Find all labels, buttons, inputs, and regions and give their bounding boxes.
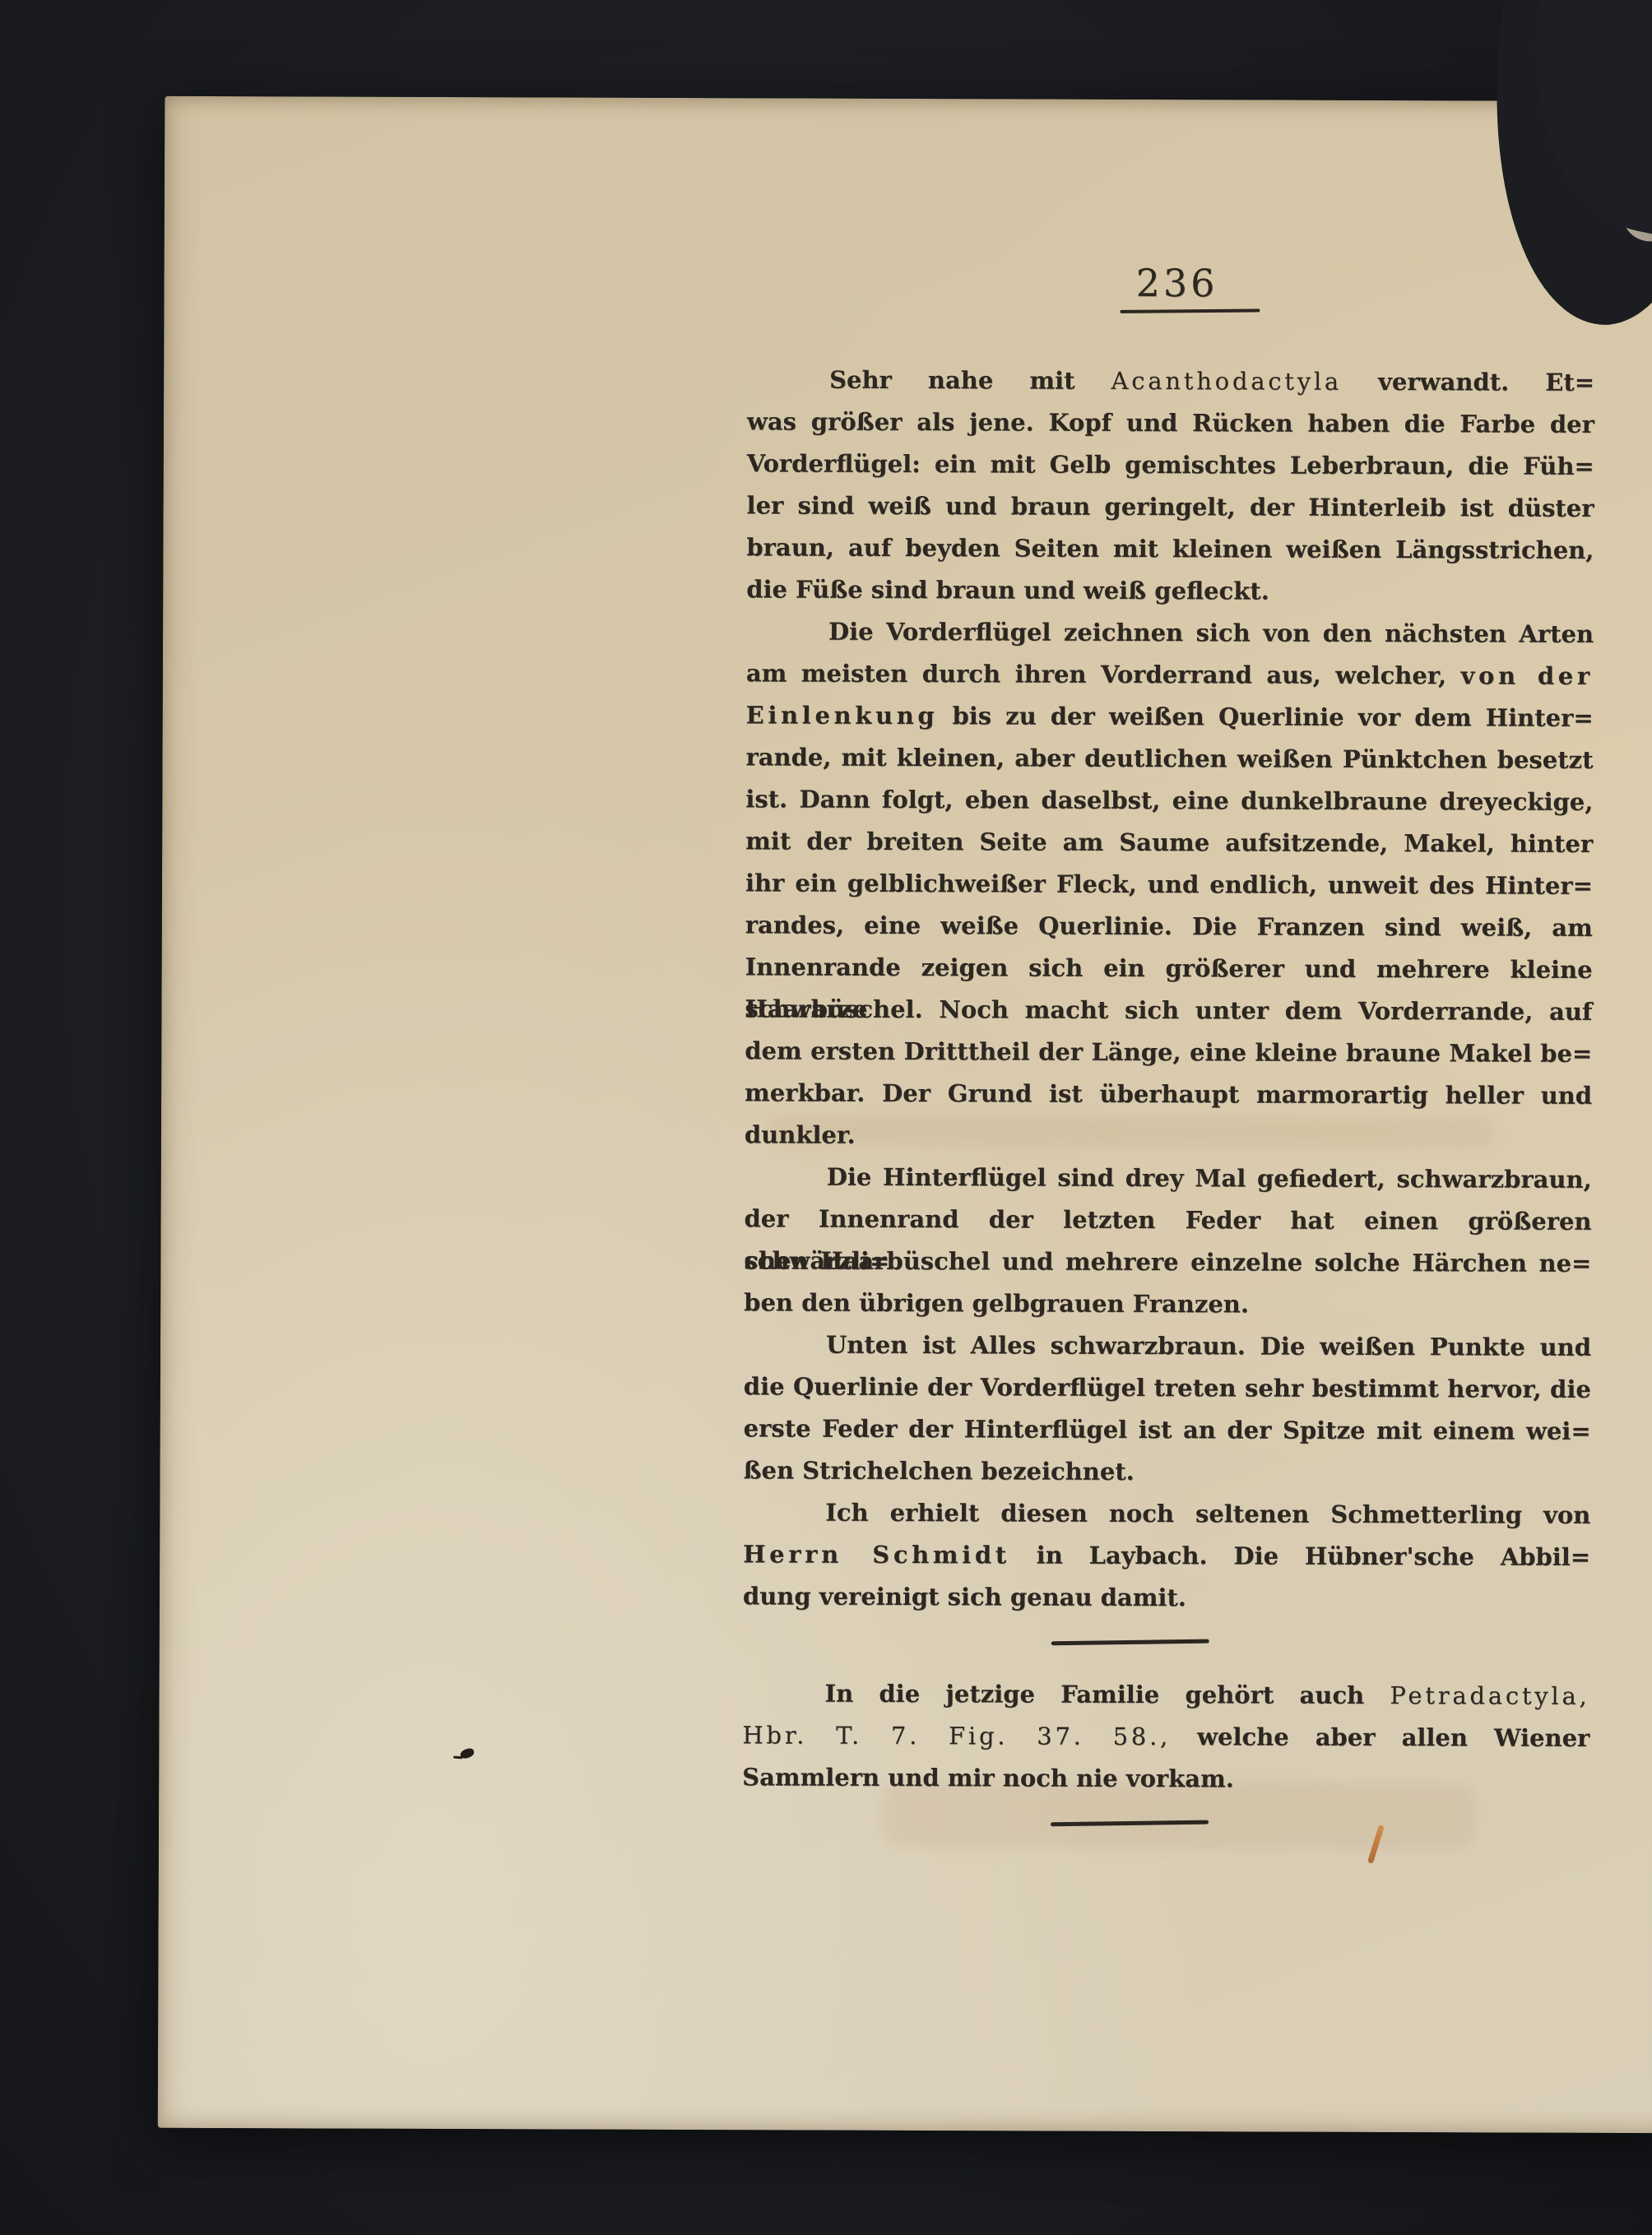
text-line: Herrn Schmidt in Laybach. Die Hübner'sch… bbox=[743, 1533, 1590, 1579]
text-segment: rande, mit kleinen, aber deutlichen weiß… bbox=[745, 743, 1593, 774]
text-segment: von der bbox=[1461, 661, 1594, 690]
text-segment: ler sind weiß und braun geringelt, der H… bbox=[747, 491, 1594, 522]
text-segment: In die jetzige Familie gehört auch bbox=[824, 1680, 1390, 1709]
text-line: ihr ein gelblichweißer Fleck, und endlic… bbox=[745, 862, 1593, 907]
text-segment: die Füße sind braun und weiß gefleckt. bbox=[746, 575, 1269, 605]
text-line: der Innenrand der letzten Feder hat eine… bbox=[744, 1198, 1591, 1243]
paragraph: In die jetzige Familie gehört auch Petra… bbox=[742, 1672, 1590, 1801]
text-line: Einlenkung bis zu der weißen Querlinie v… bbox=[746, 694, 1594, 740]
text-line: dung vereinigt sich genau damit. bbox=[743, 1575, 1590, 1621]
text-block: Sehr nahe mit Acanthodactyla verwandt. E… bbox=[742, 359, 1594, 1857]
text-segment: Die Hinterflügel sind drey Mal gefiedert… bbox=[827, 1163, 1592, 1194]
text-line: dunkler. bbox=[745, 1114, 1592, 1159]
text-line: mit der breiten Seite am Saume aufsitzen… bbox=[745, 820, 1593, 865]
scanned-book-photo: { "colors": { "background": "#1b1d21", "… bbox=[0, 0, 1652, 2235]
text-segment: braun, auf beyden Seiten mit kleinen wei… bbox=[746, 533, 1594, 564]
text-segment: dem ersten Dritttheil der Länge, eine kl… bbox=[745, 1036, 1592, 1068]
text-segment: randes, eine weiße Querlinie. Die Franze… bbox=[745, 911, 1593, 942]
page-number: 236 bbox=[1136, 264, 1218, 302]
text-line: Haarbüschel. Noch macht sich unter dem V… bbox=[745, 988, 1592, 1033]
text-line: Vorderflügel: ein mit Gelb gemischtes Le… bbox=[747, 443, 1594, 488]
text-segment: dung vereinigt sich genau damit. bbox=[743, 1582, 1186, 1611]
text-segment: ist. Dann folgt, eben daselbst, eine dun… bbox=[745, 785, 1593, 816]
text-line: erste Feder der Hinterflügel ist an der … bbox=[744, 1407, 1591, 1453]
text-segment: welche aber allen Wiener bbox=[1171, 1723, 1589, 1752]
text-line: rande, mit kleinen, aber deutlichen weiß… bbox=[745, 736, 1593, 781]
page-header: 236 bbox=[747, 262, 1594, 314]
text-segment: Einlenkung bbox=[746, 701, 939, 730]
separator-rule bbox=[1051, 1639, 1209, 1646]
text-segment: was größer als jene. Kopf und Rücken hab… bbox=[747, 407, 1594, 438]
text-line: die Querlinie der Vorderflügel treten se… bbox=[744, 1366, 1591, 1411]
text-line: Innenrande zeigen sich ein größerer und … bbox=[745, 946, 1593, 991]
text-line: ler sind weiß und braun geringelt, der H… bbox=[746, 485, 1594, 530]
text-segment: Herrn Schmidt bbox=[743, 1540, 1010, 1569]
paragraph: Sehr nahe mit Acanthodactyla verwandt. E… bbox=[746, 359, 1594, 614]
text-line: Ich erhielt diesen noch seltenen Schmett… bbox=[743, 1491, 1590, 1537]
text-segment: Petradactyla, bbox=[1390, 1681, 1589, 1710]
text-segment: bis zu der weißen Querlinie vor dem Hint… bbox=[938, 702, 1593, 732]
text-line: die Füße sind braun und weiß gefleckt. bbox=[746, 568, 1594, 614]
ink-blot bbox=[459, 1747, 475, 1760]
text-segment: verwandt. Et= bbox=[1342, 368, 1594, 396]
text-segment: mit der breiten Seite am Saume aufsitzen… bbox=[745, 827, 1593, 858]
text-line: Die Vorderflügel zeichnen sich von den n… bbox=[746, 610, 1594, 656]
text-line: Die Hinterflügel sind drey Mal gefiedert… bbox=[745, 1156, 1592, 1201]
text-line: In die jetzige Familie gehört auch Petra… bbox=[742, 1672, 1589, 1718]
text-line: ist. Dann folgt, eben daselbst, eine dun… bbox=[745, 778, 1593, 823]
text-segment: Haarbüschel. Noch macht sich unter dem V… bbox=[745, 995, 1592, 1026]
text-segment: merkbar. Der Grund ist überhaupt marmora… bbox=[745, 1078, 1592, 1110]
text-segment: Hbr. T. 7. Fig. 37. 58., bbox=[742, 1721, 1171, 1750]
text-line: was größer als jene. Kopf und Rücken hab… bbox=[747, 401, 1594, 446]
text-line: am meisten durch ihren Vorderrand aus, w… bbox=[746, 652, 1594, 698]
separator-rule bbox=[1051, 1820, 1209, 1827]
text-segment: chen Haarbüschel und mehrere einzelne so… bbox=[744, 1246, 1591, 1277]
text-line: braun, auf beyden Seiten mit kleinen wei… bbox=[746, 526, 1594, 572]
paragraph: Unten ist Alles schwarzbraun. Die weißen… bbox=[743, 1324, 1591, 1495]
text-line: randes, eine weiße Querlinie. Die Franze… bbox=[745, 904, 1593, 949]
paragraph: Ich erhielt diesen noch seltenen Schmett… bbox=[743, 1491, 1591, 1621]
text-segment: die Querlinie der Vorderflügel treten se… bbox=[744, 1372, 1591, 1403]
text-segment: dunkler. bbox=[745, 1120, 856, 1148]
text-segment: am meisten durch ihren Vorderrand aus, w… bbox=[746, 659, 1461, 689]
text-segment: Acanthodactyla bbox=[1111, 367, 1343, 396]
text-line: chen Haarbüschel und mehrere einzelne so… bbox=[744, 1240, 1591, 1285]
text-line: Hbr. T. 7. Fig. 37. 58., welche aber all… bbox=[742, 1714, 1589, 1760]
book-page: 236 Sehr nahe mit Acanthodactyla verwand… bbox=[158, 96, 1652, 2133]
text-segment: ßen Strichelchen bezeichnet. bbox=[743, 1456, 1134, 1486]
text-segment: Die Vorderflügel zeichnen sich von den n… bbox=[828, 618, 1594, 648]
text-segment: Sammlern und mir noch nie vorkam. bbox=[742, 1763, 1234, 1792]
text-line: dem ersten Dritttheil der Länge, eine kl… bbox=[745, 1030, 1592, 1075]
text-segment: Unten ist Alles schwarzbraun. Die weißen… bbox=[826, 1331, 1591, 1361]
text-segment: in Laybach. Die Hübner'sche Abbil= bbox=[1010, 1541, 1590, 1570]
text-line: ben den übrigen gelbgrauen Franzen. bbox=[744, 1282, 1591, 1327]
text-segment: ben den übrigen gelbgrauen Franzen. bbox=[744, 1288, 1249, 1318]
text-line: Unten ist Alles schwarzbraun. Die weißen… bbox=[744, 1324, 1591, 1369]
text-line: merkbar. Der Grund ist überhaupt marmora… bbox=[745, 1072, 1592, 1117]
text-segment: erste Feder der Hinterflügel ist an der … bbox=[744, 1414, 1591, 1445]
page-number-rule bbox=[1120, 308, 1260, 313]
text-line: Sehr nahe mit Acanthodactyla verwandt. E… bbox=[747, 359, 1594, 404]
text-segment: Vorderflügel: ein mit Gelb gemischtes Le… bbox=[747, 449, 1594, 480]
paragraph: Die Vorderflügel zeichnen sich von den n… bbox=[745, 610, 1594, 1159]
text-segment: Ich erhielt diesen noch seltenen Schmett… bbox=[825, 1499, 1590, 1529]
text-segment: Sehr nahe mit bbox=[829, 366, 1111, 395]
text-line: ßen Strichelchen bezeichnet. bbox=[743, 1449, 1590, 1495]
text-line: Sammlern und mir noch nie vorkam. bbox=[742, 1756, 1589, 1801]
text-segment: ihr ein gelblichweißer Fleck, und endlic… bbox=[745, 869, 1593, 900]
paragraph: Die Hinterflügel sind drey Mal gefiedert… bbox=[744, 1156, 1592, 1327]
